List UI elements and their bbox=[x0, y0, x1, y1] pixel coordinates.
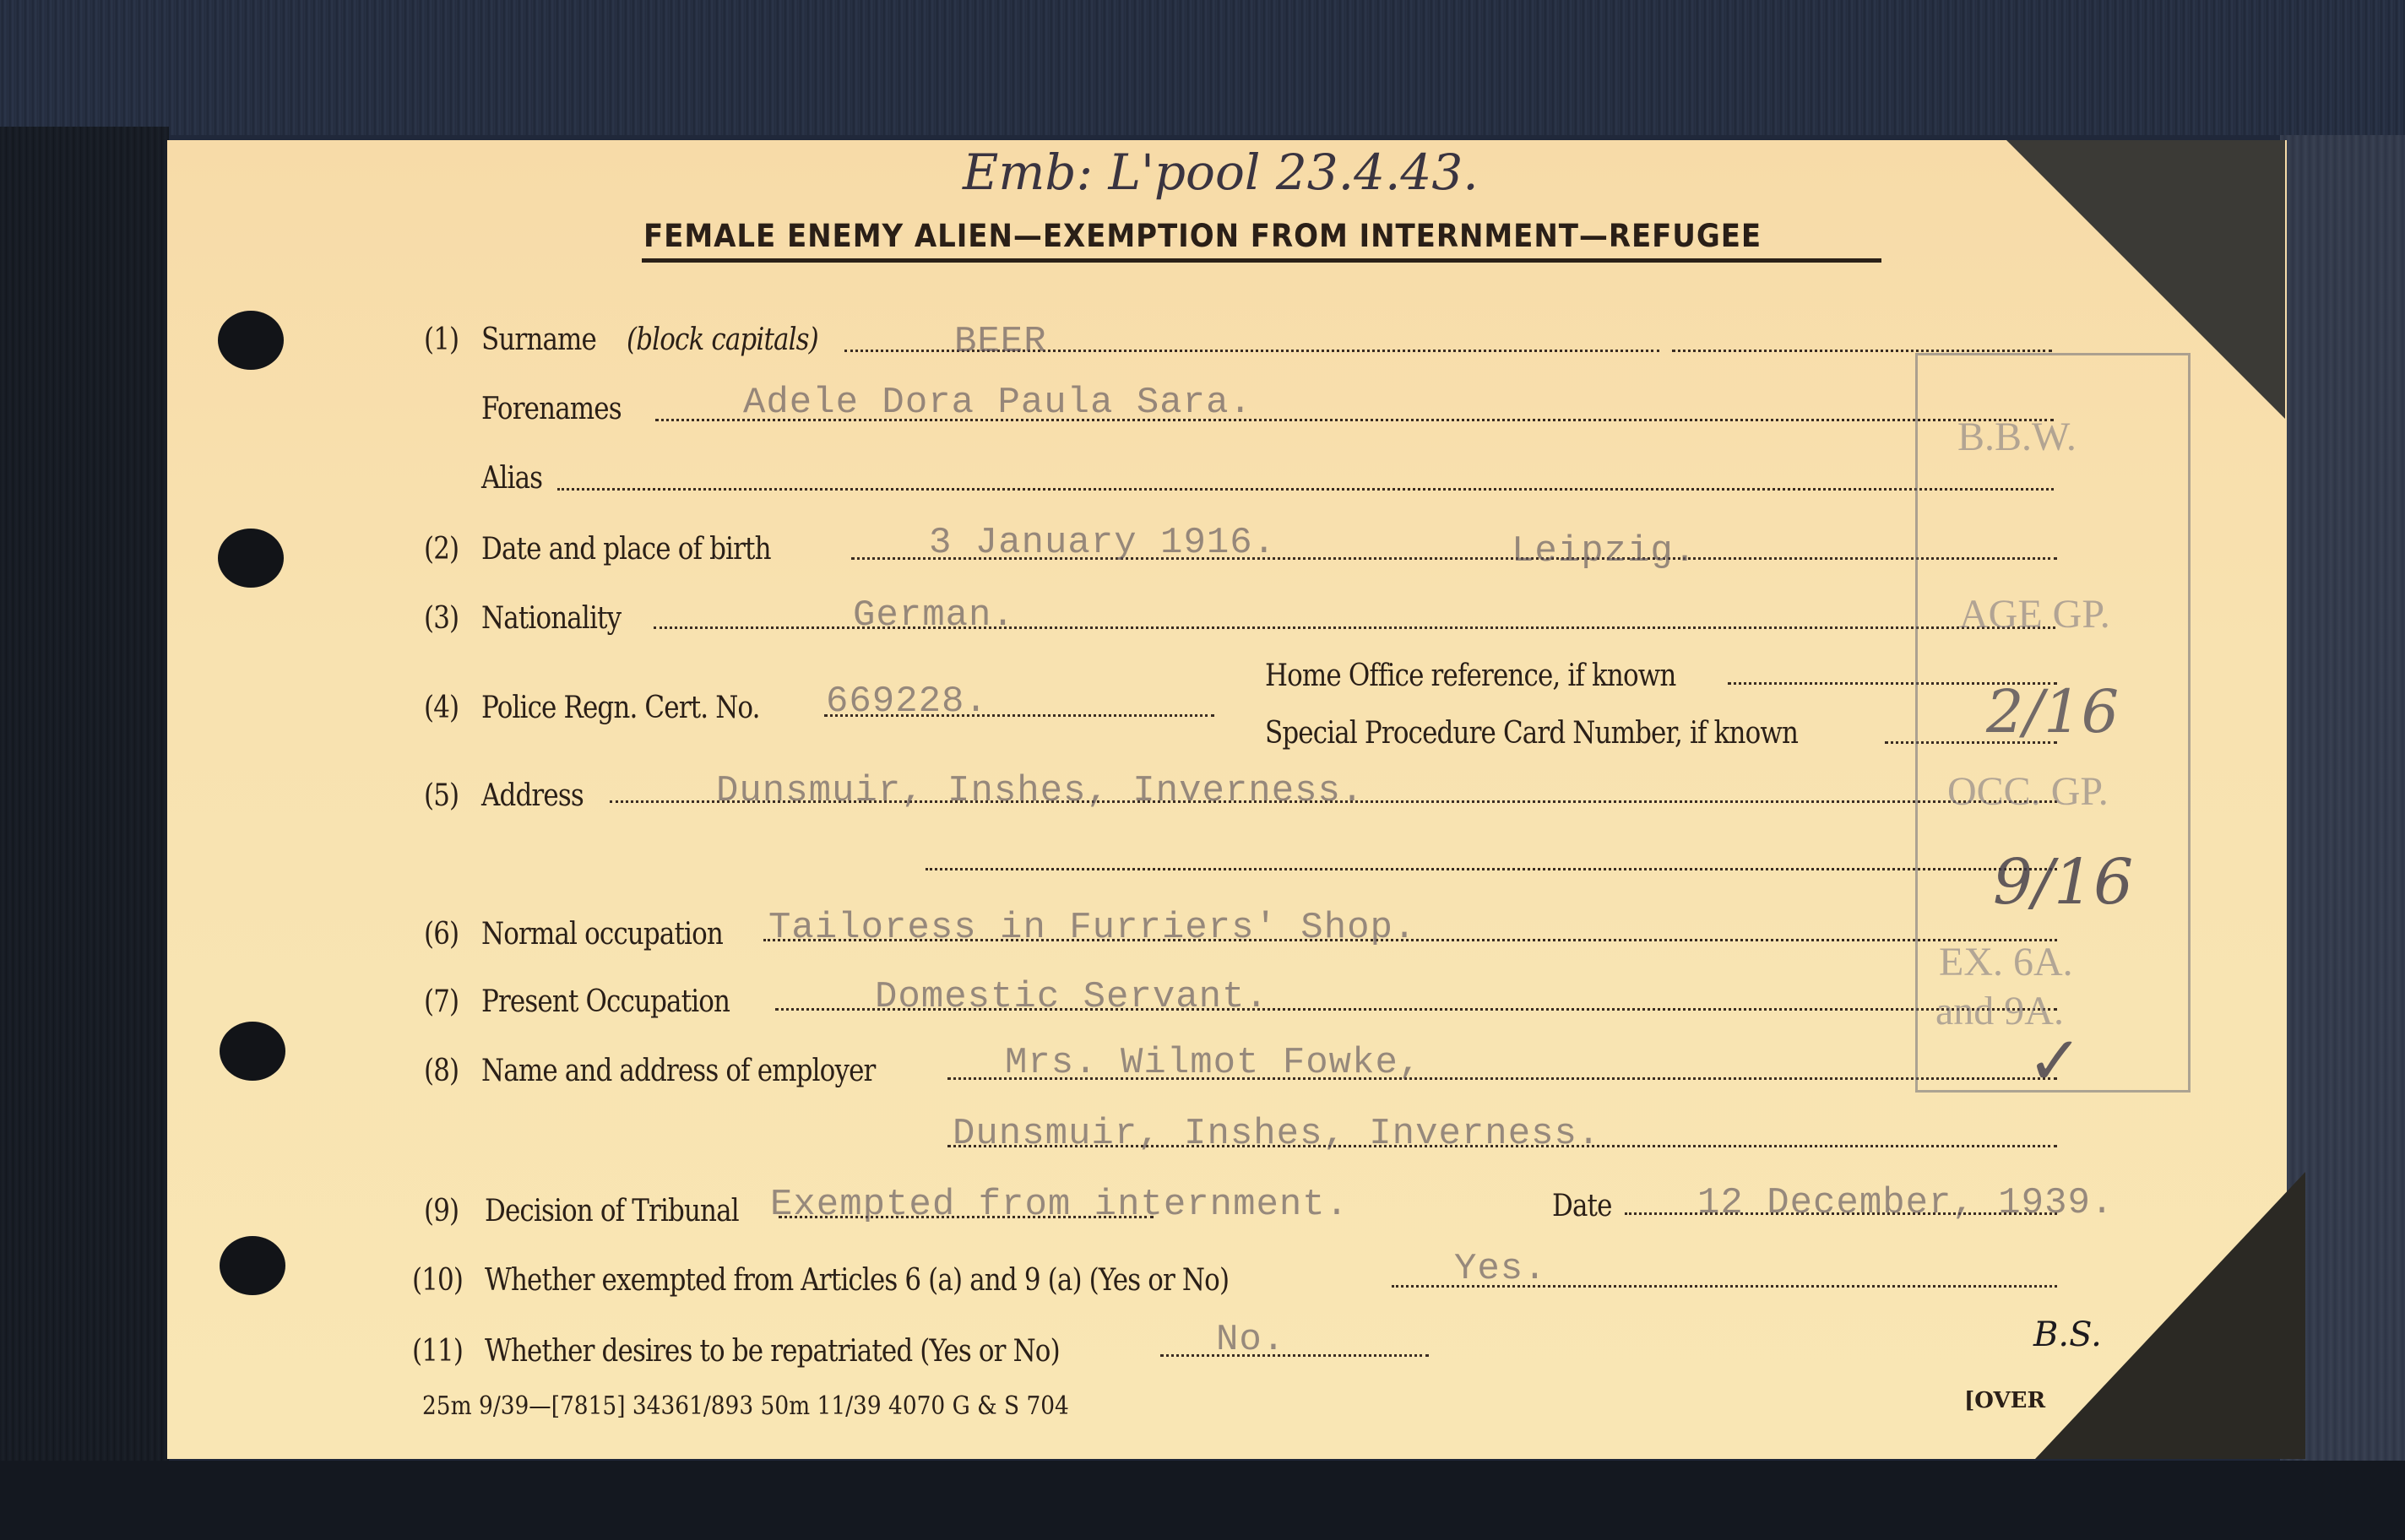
handwritten-initials: B.S. bbox=[2033, 1315, 2102, 1354]
check-mark-icon: ✓ bbox=[2027, 1022, 2083, 1100]
surname-label: Surname bbox=[481, 323, 596, 357]
repatriated-line bbox=[1160, 1354, 1429, 1357]
background-bottom bbox=[0, 1461, 2405, 1540]
field-number: (2) bbox=[424, 532, 459, 567]
handwritten-embarkation-note: Emb: L'pool 23.4.43. bbox=[963, 144, 1479, 201]
field-number: (3) bbox=[424, 601, 459, 636]
employer-name-value: Mrs. Wilmot Fowke, bbox=[1005, 1042, 1421, 1084]
field-number: (9) bbox=[424, 1194, 459, 1228]
stamp-exemption-line1: EX. 6A. bbox=[1939, 939, 2073, 985]
address-line-2 bbox=[926, 868, 2057, 870]
special-procedure-label: Special Procedure Card Number, if known bbox=[1265, 716, 1798, 751]
forenames-label: Forenames bbox=[481, 392, 622, 426]
address-label: Address bbox=[481, 778, 584, 813]
forenames-value: Adele Dora Paula Sara. bbox=[743, 382, 1252, 424]
background-left bbox=[0, 127, 169, 1540]
address-value: Dunsmuir, Inshes, Inverness. bbox=[716, 770, 1364, 812]
birth-place-value: Leipzig. bbox=[1512, 530, 1697, 572]
field-number: (4) bbox=[424, 691, 459, 725]
alias-label: Alias bbox=[481, 461, 542, 496]
occ-gp-handwritten-value: 9/16 bbox=[1993, 846, 2133, 919]
normal-occupation-value: Tailoress in Furriers' Shop. bbox=[768, 907, 1416, 949]
card-title: FEMALE ENEMY ALIEN—EXEMPTION FROM INTERN… bbox=[643, 218, 1762, 254]
punch-hole bbox=[218, 529, 284, 588]
stamp-age-gp-label: AGE GP. bbox=[1959, 591, 2110, 637]
punch-hole bbox=[220, 1022, 285, 1081]
repatriated-label: Whether desires to be repatriated (Yes o… bbox=[485, 1334, 1060, 1369]
repatriated-value: No. bbox=[1216, 1319, 1285, 1361]
title-underline bbox=[642, 258, 1881, 263]
field-number: (5) bbox=[424, 778, 459, 813]
employer-label: Name and address of employer bbox=[481, 1054, 875, 1088]
surname-value: BEER bbox=[954, 321, 1047, 363]
background-top bbox=[0, 0, 2405, 135]
punch-hole bbox=[220, 1236, 285, 1295]
field-number: (7) bbox=[424, 984, 459, 1019]
nationality-value: German. bbox=[853, 594, 1015, 637]
tribunal-date-value: 12 December, 1939. bbox=[1697, 1182, 2114, 1224]
field-number: (8) bbox=[424, 1054, 459, 1088]
tribunal-date-label: Date bbox=[1552, 1189, 1612, 1223]
age-gp-handwritten-value: 2/16 bbox=[1986, 677, 2119, 746]
surname-line-2 bbox=[1672, 350, 2052, 352]
exempted-articles-label: Whether exempted from Articles 6 (a) and… bbox=[485, 1263, 1229, 1298]
surname-label-hint: (block capitals) bbox=[627, 323, 818, 357]
field-number: (6) bbox=[424, 917, 459, 952]
employer-address-value: Dunsmuir, Inshes, Inverness. bbox=[953, 1113, 1600, 1155]
police-cert-value: 669228. bbox=[826, 681, 988, 723]
tribunal-value: Exempted from internment. bbox=[770, 1184, 1349, 1226]
normal-occupation-label: Normal occupation bbox=[481, 917, 723, 952]
field-number: (1) bbox=[424, 323, 459, 357]
present-occupation-label: Present Occupation bbox=[481, 984, 730, 1019]
stamp-bbw: B.B.W. bbox=[1957, 414, 2077, 460]
tribunal-label: Decision of Tribunal bbox=[485, 1194, 739, 1228]
police-cert-label: Police Regn. Cert. No. bbox=[481, 691, 760, 725]
present-occupation-value: Domestic Servant. bbox=[875, 976, 1268, 1018]
birth-label: Date and place of birth bbox=[481, 532, 771, 567]
punch-hole bbox=[218, 311, 284, 370]
nationality-label: Nationality bbox=[481, 601, 621, 636]
field-number: (10) bbox=[412, 1263, 463, 1298]
field-number: (11) bbox=[412, 1334, 463, 1369]
stamp-occ-gp-label: OCC. GP. bbox=[1947, 768, 2109, 815]
print-code-footer: 25m 9/39—[7815] 34361/893 50m 11/39 4070… bbox=[422, 1391, 1069, 1421]
home-office-ref-label: Home Office reference, if known bbox=[1265, 659, 1676, 693]
exempted-articles-value: Yes. bbox=[1454, 1248, 1547, 1290]
alias-line bbox=[557, 488, 2054, 491]
birth-date-value: 3 January 1916. bbox=[929, 522, 1276, 564]
over-label: [OVER bbox=[1964, 1388, 2045, 1413]
